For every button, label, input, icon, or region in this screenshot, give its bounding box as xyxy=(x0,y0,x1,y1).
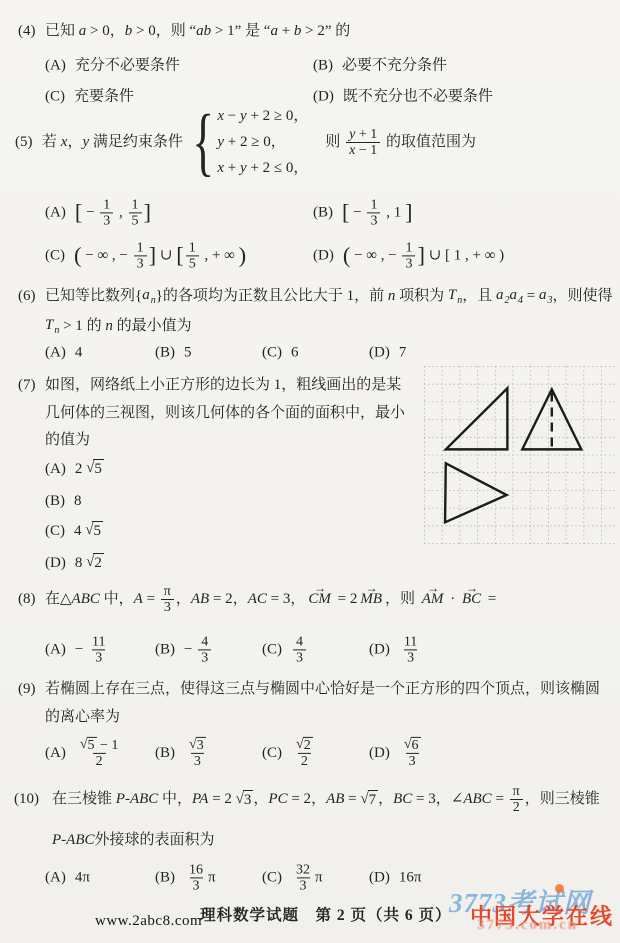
option-body: 6 xyxy=(291,344,299,363)
option-body: 充分不必要条件 xyxy=(75,57,180,76)
option-label: (D) xyxy=(369,642,390,659)
q10-option-d: (D) 16π xyxy=(369,869,421,888)
q9-option-c: (C) √22 xyxy=(262,737,318,769)
option-body: 8 √2 xyxy=(75,553,104,573)
option-body: ( − ∞ , − 13] ∪ [15 , + ∞ ) xyxy=(74,240,246,271)
question-4-number: (4) xyxy=(18,23,45,40)
question-4: (4) 已知 a > 0，b > 0，则 “ab > 1” 是 “a + b >… xyxy=(18,22,350,41)
option-body: 43 xyxy=(291,634,308,665)
question-8-stem: 在△ABC 中，A = π3，AB = 2，AC = 3，→CM = 2→MB，… xyxy=(45,584,496,615)
q7-option-c: (C) 4 √5 xyxy=(45,518,103,544)
option-body: 必要不充分条件 xyxy=(342,57,447,76)
question-6-line2: Tn > 1 的 n 的最小值为 xyxy=(45,316,192,337)
q8-option-a: (A) − 113 xyxy=(45,634,111,665)
option-body: 4 √5 xyxy=(74,521,103,541)
option-body: √63 xyxy=(399,737,426,769)
q6-option-d: (D) 7 xyxy=(369,344,406,363)
q4-option-b: (B) 必要不充分条件 xyxy=(313,57,447,76)
watermark-orange-dot-icon xyxy=(555,884,564,893)
option-body: 2 √5 xyxy=(75,459,104,479)
option-label: (A) xyxy=(45,745,66,762)
q8-option-c: (C) 43 xyxy=(262,634,308,665)
q7-option-d: (D) 8 √2 xyxy=(45,550,104,576)
option-body: √5 − 12 xyxy=(75,737,124,769)
option-body: − 113 xyxy=(75,634,111,665)
q7-option-b: (B) 8 xyxy=(45,488,82,514)
option-label: (D) xyxy=(45,555,66,572)
option-label: (D) xyxy=(313,89,334,106)
question-7-line1: 如图，网络纸上小正方形的边长为 1，粗线画出的是某 xyxy=(45,376,401,395)
question-8-options-row: (A) − 113 (B) − 43 (C) 43 (D) 113 xyxy=(0,631,620,669)
question-4-stem: 已知 a > 0，b > 0，则 “ab > 1” 是 “a + b > 2” … xyxy=(45,22,350,41)
q9-option-a: (A) √5 − 12 xyxy=(45,737,123,769)
q8-option-b: (B) − 43 xyxy=(155,634,213,665)
option-body: 4π xyxy=(75,869,90,888)
question-9-options-row: (A) √5 − 12 (B) √33 (C) √22 (D) √63 xyxy=(0,731,620,775)
q4-option-c: (C) 充要条件 xyxy=(45,88,134,107)
q5-option-b: (B) [ − 13 , 1 ] xyxy=(313,197,412,228)
question-10: (10) 在三棱锥 P-ABC 中，PA = 2 √3，PC = 2，AB = … xyxy=(14,784,600,815)
q6-option-b: (B) 5 xyxy=(155,344,192,363)
question-6-options-row: (A) 4 (B) 5 (C) 6 (D) 7 xyxy=(0,340,620,366)
question-9-line1: 若椭圆上存在三点，使得这三点与椭圆中心恰好是一个正方形的四个顶点，则该椭圆 xyxy=(45,680,600,699)
option-body: 7 xyxy=(399,344,407,363)
option-label: (D) xyxy=(313,248,334,265)
q10-option-a: (A) 4π xyxy=(45,869,90,888)
option-body: [ − 13 , 15] xyxy=(75,197,151,228)
footer-page-title: 理科数学试题 第 2 页（共 6 页） xyxy=(200,903,452,925)
q8-option-d: (D) 113 xyxy=(369,634,422,665)
q9-option-b: (B) √33 xyxy=(155,737,211,769)
option-body: 4 xyxy=(75,344,83,363)
option-label: (B) xyxy=(155,345,175,362)
option-label: (C) xyxy=(45,89,65,106)
question-5-number: (5) xyxy=(15,134,42,151)
option-label: (D) xyxy=(369,870,390,887)
q10-option-c: (C) 323π xyxy=(262,862,323,893)
option-label: (A) xyxy=(45,461,66,478)
option-body: − 43 xyxy=(184,634,213,665)
q4-option-d: (D) 既不充分也不必要条件 xyxy=(313,88,493,107)
question-6: (6) 已知等比数列{an}的各项均为正数且公比大于 1，前 n 项积为 Tn，… xyxy=(18,286,613,307)
q6-option-c: (C) 6 xyxy=(262,344,299,363)
option-body: 充要条件 xyxy=(74,88,134,107)
option-label: (C) xyxy=(262,745,282,762)
question-8-number: (8) xyxy=(18,591,45,608)
option-body: √33 xyxy=(184,737,211,769)
option-body: √22 xyxy=(291,737,318,769)
question-7: (7) 如图，网络纸上小正方形的边长为 1，粗线画出的是某 xyxy=(18,376,401,395)
question-5-options-row-2: (C) ( − ∞ , − 13] ∪ [15 , + ∞ ) (D) ( − … xyxy=(0,238,620,274)
q5-option-d: (D) ( − ∞ , − 13] ∪ [ 1 , + ∞ ) xyxy=(313,240,504,271)
q10-option-b: (B) 163π xyxy=(155,862,216,893)
option-label: (A) xyxy=(45,870,66,887)
q7-option-a: (A) 2 √5 xyxy=(45,456,104,482)
question-5: (5) 若 x，y 满足约束条件{x − y + 2 ≥ 0，y + 2 ≥ 0… xyxy=(15,107,476,177)
option-body: [ − 13 , 1 ] xyxy=(342,197,412,228)
question-5-stem: 若 x，y 满足约束条件{x − y + 2 ≥ 0，y + 2 ≥ 0，x +… xyxy=(42,107,476,177)
option-label: (B) xyxy=(155,870,175,887)
q6-option-a: (A) 4 xyxy=(45,344,82,363)
option-label: (C) xyxy=(45,248,65,265)
option-label: (A) xyxy=(45,345,66,362)
question-10-number: (10) xyxy=(14,791,52,808)
option-body: 既不充分也不必要条件 xyxy=(343,88,493,107)
option-body: 5 xyxy=(184,344,192,363)
option-label: (C) xyxy=(45,523,65,540)
q9-option-d: (D) √63 xyxy=(369,737,426,769)
option-label: (B) xyxy=(45,493,65,510)
q5-option-c: (C) ( − ∞ , − 13] ∪ [15 , + ∞ ) xyxy=(45,240,246,271)
exam-paper-page: (4) 已知 a > 0，b > 0，则 “ab > 1” 是 “a + b >… xyxy=(0,0,620,943)
question-6-line1: 已知等比数列{an}的各项均为正数且公比大于 1，前 n 项积为 Tn，且 a2… xyxy=(45,286,613,307)
question-6-number: (6) xyxy=(18,288,45,305)
option-label: (B) xyxy=(313,205,333,222)
question-9-line2: 的离心率为 xyxy=(45,708,120,727)
question-9-number: (9) xyxy=(18,681,45,698)
question-5-options-row-1: (A) [ − 13 , 15] (B) [ − 13 , 1 ] xyxy=(0,195,620,231)
question-7-line3: 的值为 xyxy=(45,431,90,450)
question-4-options-row-1: (A) 充分不必要条件 (B) 必要不充分条件 xyxy=(0,53,620,79)
question-7-number: (7) xyxy=(18,377,45,394)
footer-website: www.2abc8.com xyxy=(95,913,202,930)
option-body: 16π xyxy=(399,869,422,888)
three-view-diagram xyxy=(424,366,616,552)
q4-option-a: (A) 充分不必要条件 xyxy=(45,57,180,76)
question-10-line2: P-ABC外接球的表面积为 xyxy=(52,831,215,850)
option-label: (D) xyxy=(369,745,390,762)
question-7-line2: 几何体的三视图，则该几何体的各个面的面积中，最小 xyxy=(45,404,405,423)
option-body: 8 xyxy=(74,492,82,511)
q5-option-a: (A) [ − 13 , 15] xyxy=(45,197,151,228)
option-body: ( − ∞ , − 13] ∪ [ 1 , + ∞ ) xyxy=(343,240,504,271)
question-8: (8) 在△ABC 中，A = π3，AB = 2，AC = 3，→CM = 2… xyxy=(18,584,496,615)
option-label: (D) xyxy=(369,345,390,362)
option-label: (B) xyxy=(155,642,175,659)
option-label: (A) xyxy=(45,58,66,75)
option-label: (A) xyxy=(45,642,66,659)
option-label: (C) xyxy=(262,345,282,362)
option-label: (C) xyxy=(262,870,282,887)
option-label: (B) xyxy=(155,745,175,762)
watermark-3773-url: 3773.com.cn xyxy=(477,917,578,934)
question-10-line1: 在三棱锥 P-ABC 中，PA = 2 √3，PC = 2，AB = √7，BC… xyxy=(52,784,600,815)
option-body: 323π xyxy=(291,862,323,893)
option-body: 163π xyxy=(184,862,216,893)
option-label: (A) xyxy=(45,205,66,222)
question-9: (9) 若椭圆上存在三点，使得这三点与椭圆中心恰好是一个正方形的四个顶点，则该椭… xyxy=(18,680,600,699)
option-body: 113 xyxy=(399,634,422,665)
option-label: (C) xyxy=(262,642,282,659)
option-label: (B) xyxy=(313,58,333,75)
